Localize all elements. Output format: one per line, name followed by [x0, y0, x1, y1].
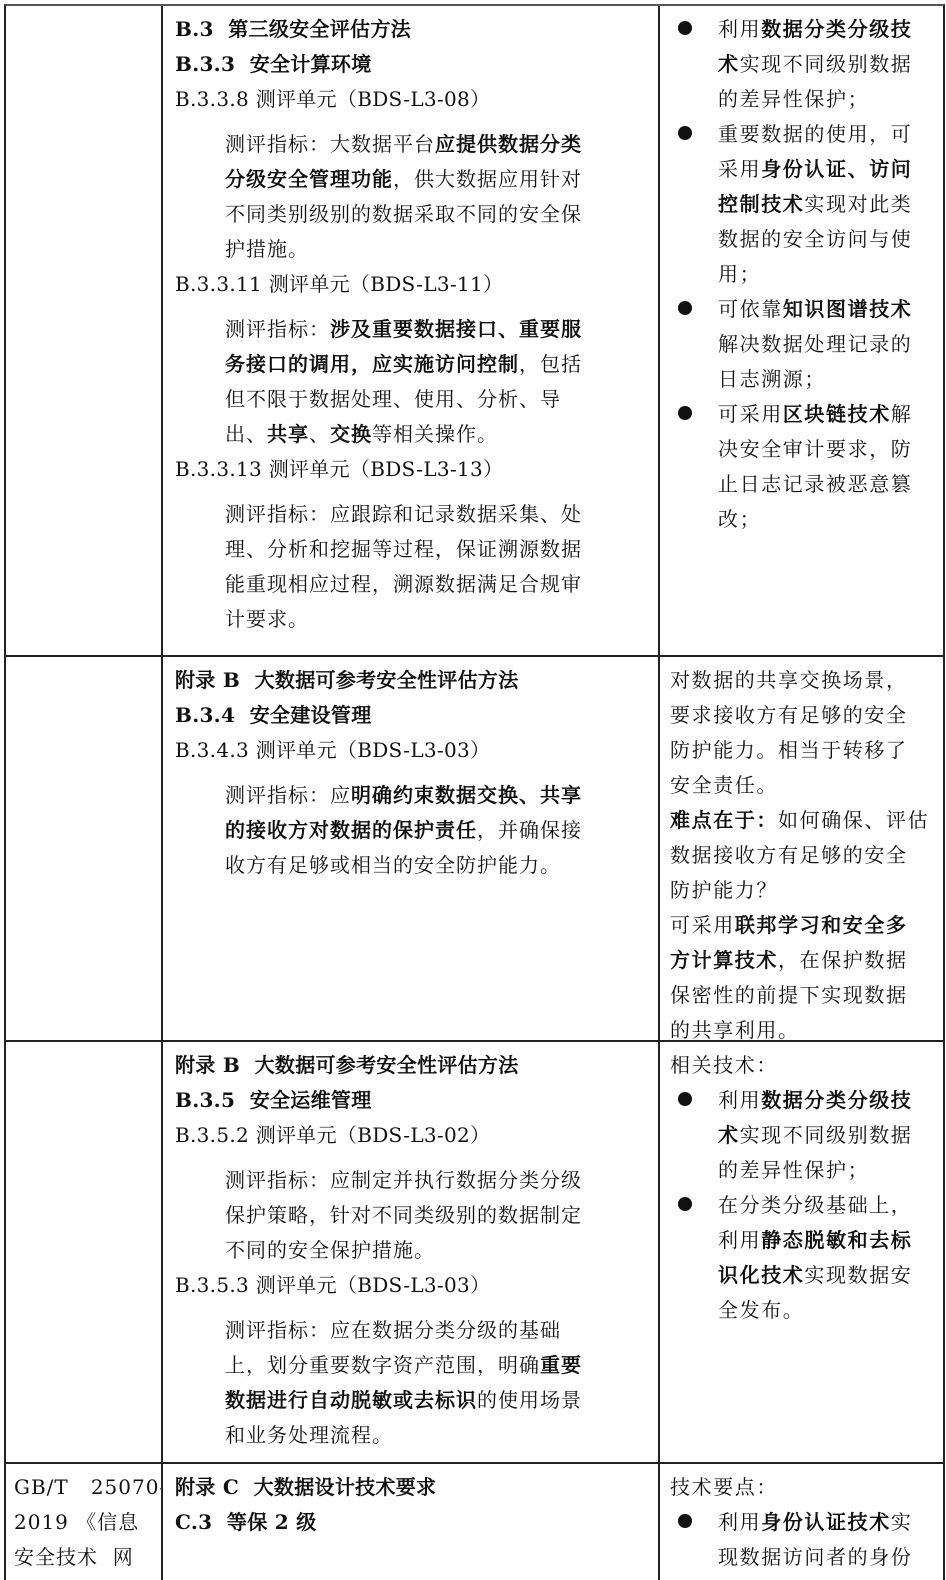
bullet-item: 利用数据分类分级技术实现不同级别数据的差异性保护；	[670, 1083, 933, 1188]
text-line: 采用身份认证、访问	[718, 152, 933, 187]
text-run: 改；	[718, 507, 761, 531]
text-line: 的差异性保护；	[718, 82, 933, 117]
bullet-dot-icon	[678, 1092, 692, 1106]
text-line: 测评指标：大数据平台应提供数据分类	[225, 127, 658, 162]
standard-cell	[6, 657, 161, 1040]
clause-number: 附录 B	[175, 668, 240, 692]
text-run: 测评指标：应跟踪和记录数据采集、处	[225, 502, 582, 526]
text-line: 安全责任。	[670, 768, 933, 803]
emphasis-text: 难点在于：	[670, 808, 778, 832]
text-line: 的接收方对数据的保护责任，并确保接	[225, 813, 658, 848]
text-line: 不同类别级别的数据采取不同的安全保	[225, 197, 658, 232]
clause-title: 安全建设管理	[250, 703, 372, 727]
clause-cell: 附录 C 大数据设计技术要求C.3 等保 2 级	[161, 1464, 658, 1580]
text-run: 可依靠	[718, 297, 783, 321]
emphasis-text: 身份认证技术	[761, 1510, 891, 1534]
bullet-item: 可依靠知识图谱技术解决数据处理记录的日志溯源；	[670, 292, 933, 397]
text-run: 可采用	[718, 402, 783, 426]
text-run: 实现不同级别数据	[740, 1123, 913, 1147]
text-run: 测评指标：应	[225, 783, 351, 807]
text-run: 保密性的前提下实现数据	[670, 983, 908, 1007]
clause-heading: B.3.4 安全建设管理	[175, 698, 658, 733]
text-line: 理、分析和挖掘等过程，保证溯源数据	[225, 532, 658, 567]
emphasis-text: 区块链技术	[783, 402, 891, 426]
notes-cell: 技术要点：利用身份认证技术实现数据访问者的身份	[658, 1464, 943, 1580]
bullet-dot-icon	[678, 1197, 692, 1211]
text-run: 技术要点：	[670, 1475, 778, 1499]
text-run: 现数据访问者的身份	[718, 1545, 912, 1569]
text-line: 护措施。	[225, 232, 658, 267]
emphasis-text: 术	[718, 52, 740, 76]
bullet-dot-icon	[678, 1514, 692, 1528]
text-line: 利用数据分类分级技	[718, 1083, 933, 1118]
text-line: 数据接收方有足够的安全	[670, 838, 933, 873]
text-line: 利用数据分类分级技	[718, 12, 933, 47]
assessment-unit-label: B.3.3.8 测评单元（BDS-L3-08）	[175, 82, 658, 117]
notes-cell: 对数据的共享交换场景，要求接收方有足够的安全防护能力。相当于转移了安全责任。难点…	[658, 657, 943, 1040]
assessment-indicator: 测评指标：应明确约束数据交换、共享的接收方对数据的保护责任，并确保接收方有足够或…	[175, 778, 658, 883]
text-line: 决安全审计要求，防	[718, 432, 933, 467]
text-line: 术实现不同级别数据	[718, 1118, 933, 1153]
text-run: ，包括	[519, 352, 582, 376]
text-line: 术实现不同级别数据	[718, 47, 933, 82]
assessment-unit-label: B.3.5.3 测评单元（BDS-L3-03）	[175, 1268, 658, 1303]
text-line: 的共享利用。	[670, 1013, 933, 1040]
text-line: 测评指标：应制定并执行数据分类分级	[225, 1163, 658, 1198]
text-run: 上，划分重要数字资产范围，明确	[225, 1353, 540, 1377]
assessment-indicator: 测评指标：应制定并执行数据分类分级保护策略，针对不同类级别的数据制定不同的安全保…	[175, 1163, 658, 1268]
table-row: 附录 B 大数据可参考安全性评估方法B.3.5 安全运维管理B.3.5.2 测评…	[6, 1042, 943, 1464]
text-line: 和业务处理流程。	[225, 1418, 658, 1453]
clause-heading: B.3.3 安全计算环境	[175, 47, 658, 82]
standard-text: 安全技术 网	[6, 1540, 161, 1575]
text-run: 实现对此类	[804, 192, 912, 216]
assessment-unit-label: B.3.5.2 测评单元（BDS-L3-02）	[175, 1118, 658, 1153]
text-run: 能重现相应过程，溯源数据满足合规审	[225, 572, 582, 596]
text-line: 测评指标：应在数据分类分级的基础	[225, 1313, 658, 1348]
emphasis-text: 身份认证、访问	[761, 157, 912, 181]
text-line: 重要数据的使用，可	[718, 117, 933, 152]
text-run: 实现不同级别数据	[740, 52, 913, 76]
text-line: 解决数据处理记录的	[718, 327, 933, 362]
text-line: 防护能力？	[670, 873, 933, 908]
text-run: 收方有足够或相当的安全防护能力。	[225, 853, 561, 877]
text-run: 止日志记录被恶意篡	[718, 472, 912, 496]
clause-title: 安全运维管理	[250, 1088, 372, 1112]
text-run: 相关技术：	[670, 1053, 778, 1077]
clause-title: 第三级安全评估方法	[228, 17, 411, 41]
text-run: 的差异性保护；	[718, 1158, 869, 1182]
text-run: 利用	[718, 1088, 761, 1112]
text-line: 方计算技术，在保护数据	[670, 943, 933, 978]
text-line: 日志溯源；	[718, 362, 933, 397]
clause-cell: 附录 B 大数据可参考安全性评估方法B.3.5 安全运维管理B.3.5.2 测评…	[161, 1042, 658, 1462]
text-run: 解	[891, 402, 913, 426]
text-line: 对数据的共享交换场景，	[670, 663, 933, 698]
text-line: 可依靠知识图谱技术	[718, 292, 933, 327]
text-line: 利用静态脱敏和去标	[718, 1223, 933, 1258]
text-run: 防护能力？	[670, 878, 778, 902]
text-run: 的使用场景	[477, 1388, 582, 1412]
text-run: 的共享利用。	[670, 1018, 800, 1040]
notes-cell: 相关技术：利用数据分类分级技术实现不同级别数据的差异性保护；在分类分级基础上，利…	[658, 1042, 943, 1462]
assessment-indicator: 测评指标：涉及重要数据接口、重要服务接口的调用，应实施访问控制，包括但不限于数据…	[175, 312, 658, 452]
text-run: 不同的安全保护措施。	[225, 1238, 435, 1262]
text-line: 止日志记录被恶意篡	[718, 467, 933, 502]
text-run: 不同类别级别的数据采取不同的安全保	[225, 202, 582, 226]
text-line: 现数据访问者的身份	[718, 1540, 933, 1575]
emphasis-text: 数据进行自动脱敏或去标识	[225, 1388, 477, 1412]
text-run: 等相关操作。	[372, 422, 498, 446]
text-line: 出、共享、交换等相关操作。	[225, 417, 658, 452]
text-run: 测评指标：大数据平台	[225, 132, 435, 156]
text-line: 收方有足够或相当的安全防护能力。	[225, 848, 658, 883]
assessment-indicator: 测评指标：大数据平台应提供数据分类分级安全管理功能，供大数据应用针对不同类别级别…	[175, 127, 658, 267]
text-run: 对数据的共享交换场景，	[670, 668, 908, 692]
clause-title: 大数据可参考安全性评估方法	[255, 668, 519, 692]
text-run: 全发布。	[718, 1298, 804, 1322]
text-line: 改；	[718, 502, 933, 537]
emphasis-text: 涉及重要数据接口、重要服	[330, 317, 582, 341]
text-line: 测评指标：应跟踪和记录数据采集、处	[225, 497, 658, 532]
bullet-dot-icon	[678, 21, 692, 35]
text-run: 测评指标：应制定并执行数据分类分级	[225, 1168, 582, 1192]
text-run: 出、	[225, 422, 267, 446]
assessment-unit-label: B.3.3.13 测评单元（BDS-L3-13）	[175, 452, 658, 487]
text-run: 、	[309, 422, 330, 446]
text-run: 数据的安全访问与使	[718, 227, 912, 251]
text-line: 但不限于数据处理、使用、分析、导	[225, 382, 658, 417]
text-line: 的差异性保护；	[718, 1153, 933, 1188]
text-run: 数据接收方有足够的安全	[670, 843, 908, 867]
emphasis-text: 应提供数据分类	[435, 132, 582, 156]
text-run: 重要数据的使用，可	[718, 122, 912, 146]
text-run: 利用	[718, 1228, 761, 1252]
text-run: 实	[891, 1510, 913, 1534]
bullet-item: 可采用区块链技术解决安全审计要求，防止日志记录被恶意篡改；	[670, 397, 933, 537]
text-run: 的差异性保护；	[718, 87, 869, 111]
text-line: 测评指标：涉及重要数据接口、重要服	[225, 312, 658, 347]
text-line: 相关技术：	[670, 1048, 933, 1083]
standard-cell	[6, 6, 161, 655]
text-line: 数据的安全访问与使	[718, 222, 933, 257]
text-run: ，并确保接	[477, 818, 582, 842]
text-run: 用；	[718, 262, 761, 286]
text-run: 理、分析和挖掘等过程，保证溯源数据	[225, 537, 582, 561]
clause-number: B.3.3	[175, 52, 235, 76]
standard-text: GB/T 25070-	[6, 1470, 161, 1505]
bullet-item: 重要数据的使用，可采用身份认证、访问控制技术实现对此类数据的安全访问与使用；	[670, 117, 933, 292]
text-run: ，供大数据应用针对	[393, 167, 582, 191]
text-line: 利用身份认证技术实	[718, 1505, 933, 1540]
text-run: 日志溯源；	[718, 367, 826, 391]
text-line: 在分类分级基础上，	[718, 1188, 933, 1223]
text-line: 识化技术实现数据安	[718, 1258, 933, 1293]
clause-number: 附录 C	[175, 1475, 239, 1499]
text-run: 安全责任。	[670, 773, 778, 797]
emphasis-text: 数据分类分级技	[761, 1088, 912, 1112]
text-line: 防护能力。相当于转移了	[670, 733, 933, 768]
clause-heading: 附录 B 大数据可参考安全性评估方法	[175, 663, 658, 698]
emphasis-text: 数据分类分级技	[761, 17, 912, 41]
text-run: 防护能力。相当于转移了	[670, 738, 908, 762]
text-run: 实现数据安	[804, 1263, 912, 1287]
text-line: 用；	[718, 257, 933, 292]
text-line: 数据进行自动脱敏或去标识的使用场景	[225, 1383, 658, 1418]
text-run: 测评指标：	[225, 317, 330, 341]
assessment-indicator: 测评指标：应跟踪和记录数据采集、处理、分析和挖掘等过程，保证溯源数据能重现相应过…	[175, 497, 658, 637]
emphasis-text: 明确约束数据交换、共享	[351, 783, 582, 807]
text-run: 护措施。	[225, 237, 309, 261]
text-run: 可采用	[670, 913, 735, 937]
emphasis-text: 共享	[267, 422, 309, 446]
text-line: 上，划分重要数字资产范围，明确重要	[225, 1348, 658, 1383]
table-row: B.3 第三级安全评估方法B.3.3 安全计算环境B.3.3.8 测评单元（BD…	[6, 6, 943, 657]
clause-number: B.3.4	[175, 703, 235, 727]
text-line: 控制技术实现对此类	[718, 187, 933, 222]
text-line: 分级安全管理功能，供大数据应用针对	[225, 162, 658, 197]
text-line: 不同的安全保护措施。	[225, 1233, 658, 1268]
clause-title: 安全计算环境	[250, 52, 372, 76]
text-line: 保密性的前提下实现数据	[670, 978, 933, 1013]
clause-number: C.3	[175, 1510, 212, 1534]
clause-heading: B.3 第三级安全评估方法	[175, 12, 658, 47]
text-line: 技术要点：	[670, 1470, 933, 1505]
standards-comparison-table: B.3 第三级安全评估方法B.3.3 安全计算环境B.3.3.8 测评单元（BD…	[4, 4, 945, 1580]
text-run: 利用	[718, 17, 761, 41]
text-run: 计要求。	[225, 607, 309, 631]
text-run: 和业务处理流程。	[225, 1423, 393, 1447]
text-run: 保护策略，针对不同类级别的数据制定	[225, 1203, 582, 1227]
text-run: 利用	[718, 1510, 761, 1534]
bullet-item: 利用数据分类分级技术实现不同级别数据的差异性保护；	[670, 12, 933, 117]
clause-number: B.3.5	[175, 1088, 235, 1112]
emphasis-text: 务接口的调用，应实施访问控制	[225, 352, 519, 376]
text-run: 解决数据处理记录的	[718, 332, 912, 356]
text-run: 采用	[718, 157, 761, 181]
assessment-unit-label: B.3.4.3 测评单元（BDS-L3-03）	[175, 733, 658, 768]
text-run: 但不限于数据处理、使用、分析、导	[225, 387, 561, 411]
clause-number: B.3	[175, 17, 214, 41]
assessment-unit-label: B.3.3.11 测评单元（BDS-L3-11）	[175, 267, 658, 302]
table-row: GB/T 25070-2019 《信息安全技术 网附录 C 大数据设计技术要求C…	[6, 1464, 943, 1580]
clause-cell: B.3 第三级安全评估方法B.3.3 安全计算环境B.3.3.8 测评单元（BD…	[161, 6, 658, 655]
clause-heading: 附录 C 大数据设计技术要求	[175, 1470, 658, 1505]
clause-heading: 附录 B 大数据可参考安全性评估方法	[175, 1048, 658, 1083]
emphasis-text: 的接收方对数据的保护责任	[225, 818, 477, 842]
bullet-dot-icon	[678, 406, 692, 420]
text-line: 测评指标：应明确约束数据交换、共享	[225, 778, 658, 813]
clause-cell: 附录 B 大数据可参考安全性评估方法B.3.4 安全建设管理B.3.4.3 测评…	[161, 657, 658, 1040]
emphasis-text: 控制技术	[718, 192, 804, 216]
clause-title: 大数据设计技术要求	[254, 1475, 437, 1499]
clause-heading: B.3.5 安全运维管理	[175, 1083, 658, 1118]
text-line: 能重现相应过程，溯源数据满足合规审	[225, 567, 658, 602]
clause-number: 附录 B	[175, 1053, 240, 1077]
text-run: 要求接收方有足够的安全	[670, 703, 908, 727]
notes-cell: 利用数据分类分级技术实现不同级别数据的差异性保护；重要数据的使用，可采用身份认证…	[658, 6, 943, 655]
text-line: 全发布。	[718, 1293, 933, 1328]
bullet-item: 利用身份认证技术实现数据访问者的身份	[670, 1505, 933, 1575]
bullet-item: 在分类分级基础上，利用静态脱敏和去标识化技术实现数据安全发布。	[670, 1188, 933, 1328]
emphasis-text: 识化技术	[718, 1263, 804, 1287]
emphasis-text: 方计算技术	[670, 948, 778, 972]
text-line: 难点在于：如何确保、评估	[670, 803, 933, 838]
clause-heading: C.3 等保 2 级	[175, 1505, 658, 1540]
text-run: ，在保护数据	[778, 948, 908, 972]
text-line: 计要求。	[225, 602, 658, 637]
clause-title: 等保 2 级	[227, 1510, 317, 1534]
emphasis-text: 术	[718, 1123, 740, 1147]
assessment-indicator: 测评指标：应在数据分类分级的基础上，划分重要数字资产范围，明确重要数据进行自动脱…	[175, 1313, 658, 1453]
emphasis-text: 分级安全管理功能	[225, 167, 393, 191]
emphasis-text: 知识图谱技术	[783, 297, 913, 321]
bullet-dot-icon	[678, 301, 692, 315]
text-run: 测评指标：应在数据分类分级的基础	[225, 1318, 561, 1342]
text-line: 保护策略，针对不同类级别的数据制定	[225, 1198, 658, 1233]
text-line: 务接口的调用，应实施访问控制，包括	[225, 347, 658, 382]
standard-cell	[6, 1042, 161, 1462]
emphasis-text: 静态脱敏和去标	[761, 1228, 912, 1252]
emphasis-text: 交换	[330, 422, 372, 446]
bullet-dot-icon	[678, 126, 692, 140]
text-run: 如何确保、评估	[778, 808, 929, 832]
standard-cell: GB/T 25070-2019 《信息安全技术 网	[6, 1464, 161, 1580]
text-line: 要求接收方有足够的安全	[670, 698, 933, 733]
text-line: 可采用区块链技术解	[718, 397, 933, 432]
table-row: 附录 B 大数据可参考安全性评估方法B.3.4 安全建设管理B.3.4.3 测评…	[6, 657, 943, 1042]
standard-text: 2019 《信息	[6, 1505, 161, 1540]
text-run: 在分类分级基础上，	[718, 1193, 912, 1217]
text-run: 决安全审计要求，防	[718, 437, 912, 461]
clause-title: 大数据可参考安全性评估方法	[255, 1053, 519, 1077]
emphasis-text: 重要	[540, 1353, 582, 1377]
text-line: 可采用联邦学习和安全多	[670, 908, 933, 943]
emphasis-text: 联邦学习和安全多	[735, 913, 908, 937]
